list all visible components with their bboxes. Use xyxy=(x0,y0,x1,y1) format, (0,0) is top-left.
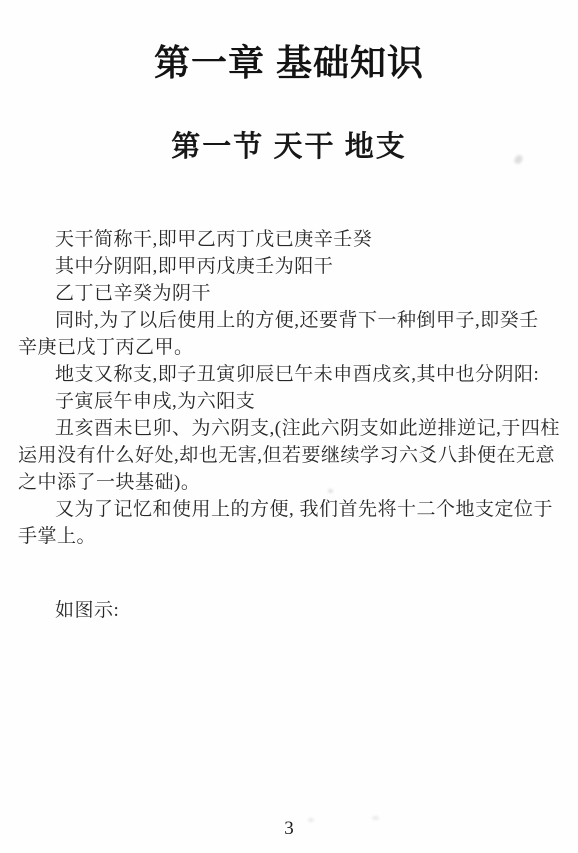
text-line: 之中添了一块基础)。 xyxy=(18,469,568,496)
text-line: 辛庚已戊丁丙乙甲。 xyxy=(18,334,568,361)
text-line: 同时,为了以后使用上的方便,还要背下一种倒甲子,即癸壬 xyxy=(18,307,568,334)
text-line: 如图示: xyxy=(18,597,568,624)
chapter-title: 第一章 基础知识 xyxy=(0,0,578,84)
text-line: 子寅辰午申戌,为六阳支 xyxy=(18,388,568,415)
text-line: 手掌上。 xyxy=(18,523,568,550)
text-line: 其中分阴阳,即甲丙戊庚壬为阳干 xyxy=(18,253,568,280)
scan-artifact xyxy=(328,489,333,493)
book-page: 第一章 基础知识 第一节 天干 地支 天干简称干,即甲乙丙丁戊已庚辛壬癸其中分阴… xyxy=(0,0,578,853)
section-title: 第一节 天干 地支 xyxy=(0,130,578,165)
text-line: 乙丁已辛癸为阴干 xyxy=(18,280,568,307)
page-number: 3 xyxy=(0,818,578,840)
text-line: 地支又称支,即子丑寅卯辰巳午未申酉戌亥,其中也分阴阳: xyxy=(18,361,568,388)
text-line: 又为了记忆和使用上的方便, 我们首先将十二个地支定位于 xyxy=(18,496,568,523)
text-line: 运用没有什么好处,却也无害,但若要继续学习六爻八卦便在无意 xyxy=(18,442,568,469)
text-line: 丑亥酉未巳卯、为六阴支,(注此六阴支如此逆排逆记,于四柱 xyxy=(18,415,568,442)
body-text: 天干简称干,即甲乙丙丁戊已庚辛壬癸其中分阴阳,即甲丙戊庚壬为阳干乙丁已辛癸为阴干… xyxy=(0,226,578,624)
text-line: 天干简称干,即甲乙丙丁戊已庚辛壬癸 xyxy=(18,226,568,253)
